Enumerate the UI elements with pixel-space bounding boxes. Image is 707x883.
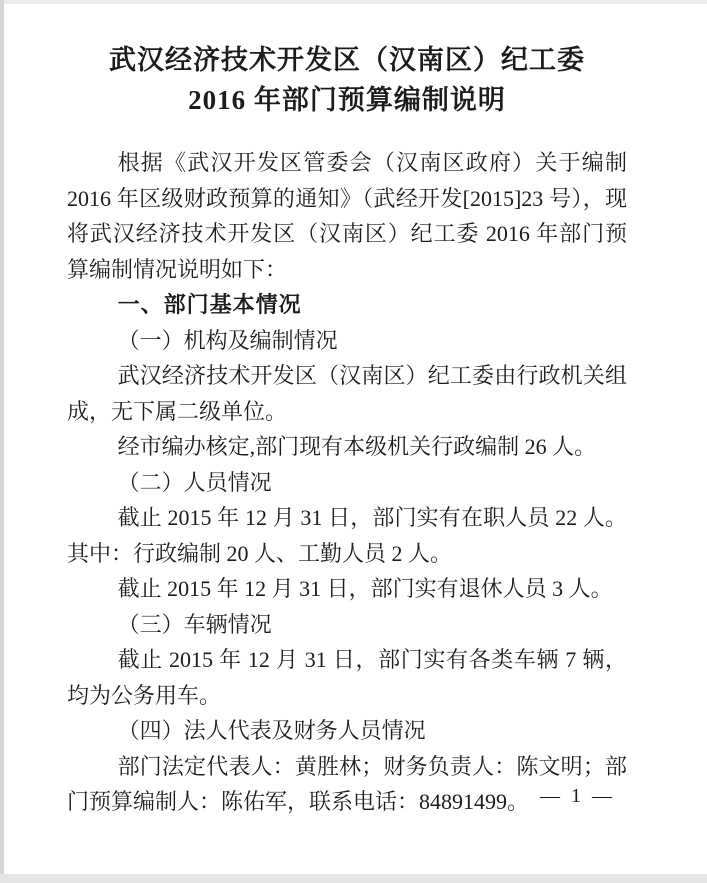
paragraph: 根据《武汉开发区管委会（汉南区政府）关于编制 2016 年区级财政预算的通知》（… bbox=[67, 145, 627, 287]
document-title-line1: 武汉经济技术开发区（汉南区）纪工委 bbox=[67, 40, 627, 80]
subsection-heading: （四）法人代表及财务人员情况 bbox=[67, 713, 627, 749]
document-body: 根据《武汉开发区管委会（汉南区政府）关于编制 2016 年区级财政预算的通知》（… bbox=[67, 145, 627, 820]
paragraph: 截止 2015 年 12 月 31 日，部门实有退休人员 3 人。 bbox=[67, 571, 627, 607]
document-content: 武汉经济技术开发区（汉南区）纪工委 2016 年部门预算编制说明 根据《武汉开发… bbox=[67, 0, 627, 820]
scan-edge-left bbox=[0, 0, 4, 883]
paragraph: 截止 2015 年 12 月 31 日，部门实有在职人员 22 人。其中：行政编… bbox=[67, 500, 627, 571]
paragraph: 截止 2015 年 12 月 31 日，部门实有各类车辆 7 辆，均为公务用车。 bbox=[67, 642, 627, 713]
subsection-heading: （一）机构及编制情况 bbox=[67, 323, 627, 359]
paragraph: 经市编办核定,部门现有本级机关行政编制 26 人。 bbox=[67, 429, 627, 465]
subsection-heading: （二）人员情况 bbox=[67, 465, 627, 501]
page-number: — 1 — bbox=[540, 785, 615, 808]
section-heading: 一、部门基本情况 bbox=[67, 287, 627, 323]
scan-edge-bottom bbox=[0, 874, 707, 883]
document-title: 武汉经济技术开发区（汉南区）纪工委 2016 年部门预算编制说明 bbox=[67, 40, 627, 120]
paragraph: 部门法定代表人：黄胜林；财务负责人：陈文明；部门预算编制人：陈佑军，联系电话：8… bbox=[67, 749, 627, 820]
paragraph: 武汉经济技术开发区（汉南区）纪工委由行政机关组成，无下属二级单位。 bbox=[67, 358, 627, 429]
subsection-heading: （三）车辆情况 bbox=[67, 607, 627, 643]
document-page: 武汉经济技术开发区（汉南区）纪工委 2016 年部门预算编制说明 根据《武汉开发… bbox=[0, 0, 707, 883]
document-title-line2: 2016 年部门预算编制说明 bbox=[67, 80, 627, 120]
